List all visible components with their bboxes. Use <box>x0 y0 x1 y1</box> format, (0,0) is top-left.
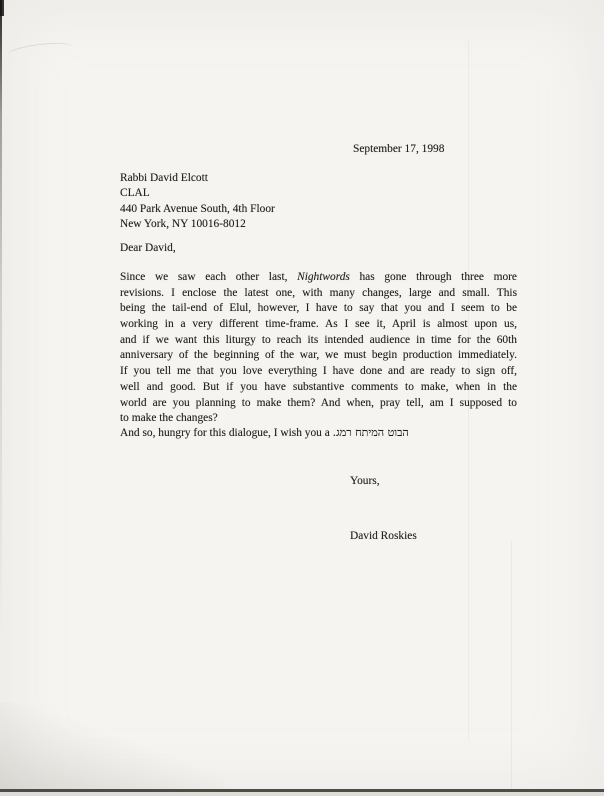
body-line: anniversary of the beginning of the war,… <box>120 348 517 364</box>
body-text: Since we saw each other last, <box>120 271 297 283</box>
paper-fold-line <box>511 540 512 790</box>
recipient-organization: CLAL <box>120 186 275 201</box>
closing-sentence: And so, hungry for this dialogue, I wish… <box>120 426 409 439</box>
body-line: being the tail-end of Elul, however, I h… <box>120 301 517 317</box>
body-line: well and good. But if you have substanti… <box>120 380 517 396</box>
salutation: Dear David, <box>120 242 176 254</box>
recipient-street: 440 Park Avenue South, 4th Floor <box>120 202 275 217</box>
body-line: to make the changes? <box>120 411 517 427</box>
body-line: revisions. I enclose the latest one, wit… <box>120 286 517 302</box>
scan-corner-mark <box>0 0 4 16</box>
closing-text: And so, hungry for this dialogue, I wish… <box>120 427 333 439</box>
recipient-city: New York, NY 10016-8012 <box>120 217 275 232</box>
paper-curl-shadow <box>0 703 225 791</box>
body-line: Since we saw each other last, Nightwords… <box>120 270 517 286</box>
scan-bottom-strip <box>0 792 604 796</box>
recipient-address-block: Rabbi David Elcott CLAL 440 Park Avenue … <box>120 171 275 232</box>
body-line: working in a very different time-frame. … <box>120 317 517 333</box>
letter-body-paragraph: Since we saw each other last, Nightwords… <box>120 270 517 427</box>
valediction: Yours, <box>350 475 380 487</box>
scan-left-edge-artifact <box>0 0 2 640</box>
letter-date: September 17, 1998 <box>353 143 444 155</box>
body-line: If you tell me that you love everything … <box>120 364 517 380</box>
body-line: and if we want this liturgy to reach its… <box>120 333 517 349</box>
book-title-italic: Nightwords <box>297 271 350 283</box>
scan-smudge <box>6 40 73 62</box>
hebrew-greeting: .גמר חתימה טובה <box>333 426 409 439</box>
scan-bottom-edge <box>0 789 604 792</box>
body-line: world are you planning to make them? And… <box>120 396 517 412</box>
recipient-name: Rabbi David Elcott <box>120 171 275 186</box>
body-text: has gone through three more <box>350 271 517 283</box>
signature-name: David Roskies <box>350 530 417 542</box>
scanned-letter-page: September 17, 1998 Rabbi David Elcott CL… <box>0 0 604 796</box>
